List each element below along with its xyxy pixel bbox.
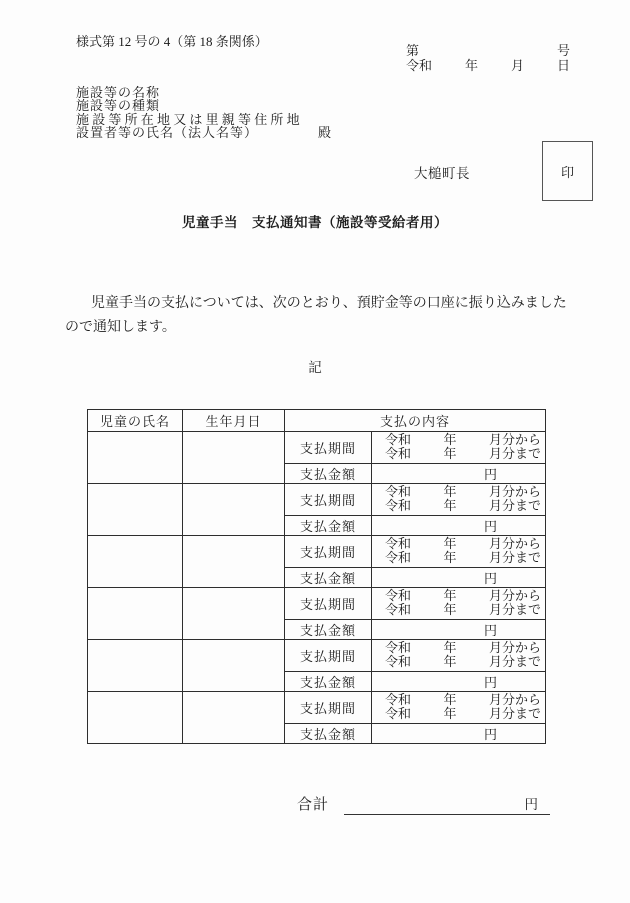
owner-name-label: 設置者等の氏名（法人名等）	[76, 126, 258, 139]
doc-title: 児童手当 支払通知書（施設等受給者用）	[0, 211, 630, 231]
era-label: 令和	[385, 693, 411, 707]
period-label-cell: 支払期間	[285, 640, 372, 672]
month-to-label: 月分まで	[489, 603, 541, 617]
date-month-label: 月	[511, 59, 524, 74]
total-amount-field: 円	[344, 795, 550, 815]
table-row: 支払期間 令和 年 月分から 令和 年 月分まで	[88, 536, 546, 568]
year-label: 年	[444, 589, 457, 603]
month-from-label: 月分から	[489, 433, 541, 447]
doc-number-prefix: 第	[406, 44, 419, 59]
year-label: 年	[444, 693, 457, 707]
period-to-line: 令和 年 月分まで	[372, 499, 545, 513]
year-label: 年	[444, 655, 457, 669]
total-label: 合計	[297, 795, 329, 815]
table-row: 支払期間 令和 年 月分から 令和 年 月分まで	[88, 484, 546, 516]
period-value-cell: 令和 年 月分から 令和 年 月分まで	[372, 432, 546, 464]
form-number: 様式第 12 号の 4（第 18 条関係）	[76, 31, 268, 50]
period-label-cell: 支払期間	[285, 536, 372, 568]
total-unit-label: 円	[525, 797, 539, 812]
era-label: 令和	[385, 707, 411, 721]
period-value-cell: 令和 年 月分から 令和 年 月分まで	[372, 484, 546, 516]
year-label: 年	[444, 499, 457, 513]
period-to-line: 令和 年 月分まで	[372, 447, 545, 461]
amount-label-cell: 支払金額	[285, 464, 372, 484]
period-value-cell: 令和 年 月分から 令和 年 月分まで	[372, 640, 546, 672]
birth-date-cell	[183, 588, 285, 640]
birth-date-cell	[183, 484, 285, 536]
table-header-row: 児童の氏名 生年月日 支払の内容	[88, 410, 546, 432]
child-name-cell	[88, 484, 183, 536]
year-label: 年	[444, 641, 457, 655]
birth-date-cell	[183, 640, 285, 692]
period-from-line: 令和 年 月分から	[372, 588, 545, 603]
era-label: 令和	[385, 603, 411, 617]
era-label: 令和	[385, 447, 411, 461]
year-label: 年	[444, 485, 457, 499]
doc-number-date-block: 第 号 令和 年 月 日	[406, 44, 570, 73]
era-label: 令和	[385, 551, 411, 565]
month-to-label: 月分まで	[489, 655, 541, 669]
owner-name-line: 設置者等の氏名（法人名等） 殿	[76, 126, 331, 139]
col-header-child-name: 児童の氏名	[88, 410, 183, 432]
amount-label-cell: 支払金額	[285, 672, 372, 692]
facility-address-label: 施設等所在地又は里親等住所地	[76, 113, 331, 126]
era-label: 令和	[385, 589, 411, 603]
era-label: 令和	[385, 655, 411, 669]
month-from-label: 月分から	[489, 693, 541, 707]
era-label: 令和	[385, 641, 411, 655]
period-value-cell: 令和 年 月分から 令和 年 月分まで	[372, 692, 546, 724]
col-header-birth-date: 生年月日	[183, 410, 285, 432]
month-from-label: 月分から	[489, 485, 541, 499]
doc-number-line: 第 号	[406, 44, 570, 59]
body-line-1: 児童手当の支払については、次のとおり、預貯金等の口座に振り込みました	[65, 292, 577, 316]
period-from-line: 令和 年 月分から	[372, 536, 545, 551]
honorific-label: 殿	[318, 126, 331, 139]
year-label: 年	[444, 537, 457, 551]
period-label-cell: 支払期間	[285, 432, 372, 464]
month-to-label: 月分まで	[489, 499, 541, 513]
child-name-cell	[88, 588, 183, 640]
seal-mark: 印	[561, 162, 574, 181]
period-label-cell: 支払期間	[285, 588, 372, 620]
year-label: 年	[444, 433, 457, 447]
period-value-cell: 令和 年 月分から 令和 年 月分まで	[372, 536, 546, 568]
date-era: 令和	[406, 59, 432, 74]
year-label: 年	[444, 707, 457, 721]
period-from-line: 令和 年 月分から	[372, 692, 545, 707]
month-from-label: 月分から	[489, 589, 541, 603]
period-to-line: 令和 年 月分まで	[372, 655, 545, 669]
period-from-line: 令和 年 月分から	[372, 484, 545, 499]
amount-value-cell: 円	[372, 568, 546, 588]
amount-label-cell: 支払金額	[285, 724, 372, 744]
child-name-cell	[88, 432, 183, 484]
period-label-cell: 支払期間	[285, 692, 372, 724]
month-to-label: 月分まで	[489, 707, 541, 721]
month-from-label: 月分から	[489, 537, 541, 551]
month-from-label: 月分から	[489, 641, 541, 655]
body-line-2: ので通知します。	[65, 316, 577, 340]
era-label: 令和	[385, 537, 411, 551]
birth-date-cell	[183, 692, 285, 744]
table-row: 支払期間 令和 年 月分から 令和 年 月分まで	[88, 432, 546, 464]
year-label: 年	[444, 551, 457, 565]
era-label: 令和	[385, 499, 411, 513]
seal-box: 印	[542, 141, 593, 201]
document-page: 様式第 12 号の 4（第 18 条関係） 第 号 令和 年 月 日 施設等の名…	[0, 0, 630, 903]
birth-date-cell	[183, 536, 285, 588]
payment-table: 児童の氏名 生年月日 支払の内容 支払期間 令和 年 月分から 令和	[87, 409, 546, 744]
amount-value-cell: 円	[372, 724, 546, 744]
date-line: 令和 年 月 日	[406, 59, 570, 74]
era-label: 令和	[385, 485, 411, 499]
period-label-cell: 支払期間	[285, 484, 372, 516]
birth-date-cell	[183, 432, 285, 484]
child-name-cell	[88, 692, 183, 744]
recipient-block: 施設等の名称 施設等の種類 施設等所在地又は里親等住所地 設置者等の氏名（法人名…	[76, 86, 331, 140]
total-line: 合計 円	[297, 795, 550, 815]
year-label: 年	[444, 447, 457, 461]
amount-label-cell: 支払金額	[285, 620, 372, 640]
facility-type-label: 施設等の種類	[76, 99, 331, 112]
record-mark: 記	[0, 356, 630, 376]
child-name-cell	[88, 536, 183, 588]
table-row: 支払期間 令和 年 月分から 令和 年 月分まで	[88, 692, 546, 724]
amount-value-cell: 円	[372, 464, 546, 484]
month-to-label: 月分まで	[489, 447, 541, 461]
table-row: 支払期間 令和 年 月分から 令和 年 月分まで	[88, 588, 546, 620]
date-day-label: 日	[557, 59, 570, 74]
amount-value-cell: 円	[372, 672, 546, 692]
period-to-line: 令和 年 月分まで	[372, 603, 545, 617]
period-to-line: 令和 年 月分まで	[372, 551, 545, 565]
facility-name-label: 施設等の名称	[76, 86, 331, 99]
mayor-name: 大槌町長	[414, 162, 470, 182]
body-paragraph: 児童手当の支払については、次のとおり、預貯金等の口座に振り込みました ので通知し…	[65, 292, 577, 339]
period-from-line: 令和 年 月分から	[372, 640, 545, 655]
period-to-line: 令和 年 月分まで	[372, 707, 545, 721]
period-from-line: 令和 年 月分から	[372, 432, 545, 447]
year-label: 年	[444, 603, 457, 617]
child-name-cell	[88, 640, 183, 692]
amount-label-cell: 支払金額	[285, 516, 372, 536]
table-row: 支払期間 令和 年 月分から 令和 年 月分まで	[88, 640, 546, 672]
era-label: 令和	[385, 433, 411, 447]
amount-value-cell: 円	[372, 620, 546, 640]
amount-label-cell: 支払金額	[285, 568, 372, 588]
date-year-label: 年	[465, 59, 478, 74]
doc-number-suffix: 号	[557, 44, 570, 59]
amount-value-cell: 円	[372, 516, 546, 536]
col-header-payment: 支払の内容	[285, 410, 546, 432]
month-to-label: 月分まで	[489, 551, 541, 565]
period-value-cell: 令和 年 月分から 令和 年 月分まで	[372, 588, 546, 620]
